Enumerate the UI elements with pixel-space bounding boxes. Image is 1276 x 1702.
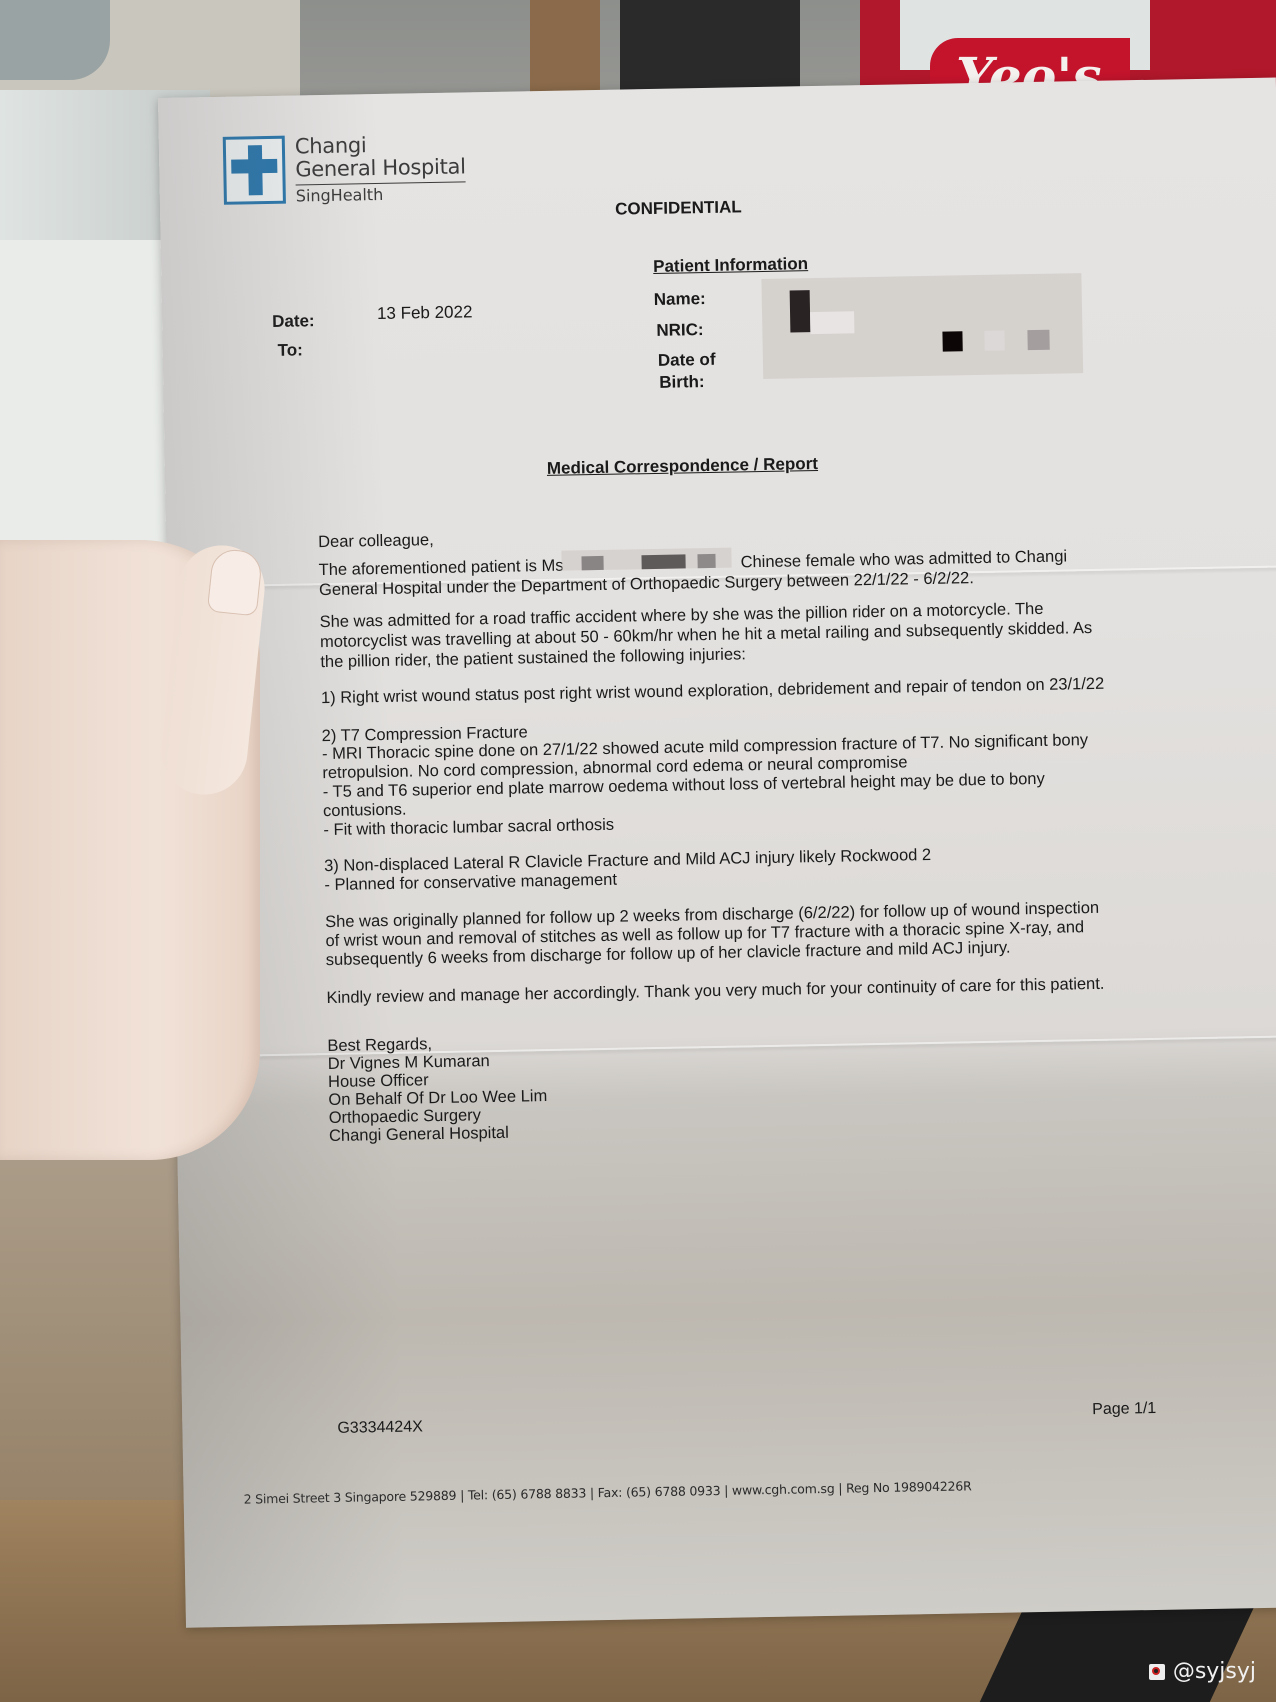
page-number: Page 1/1 [1092, 1400, 1156, 1419]
background-pipe [0, 0, 110, 80]
watermark: @syjsyj [1149, 1659, 1256, 1684]
thumbnail [207, 548, 263, 617]
intro-line1-end: Chinese female who was admitted to Chang… [740, 547, 1067, 572]
salutation: Dear colleague, [318, 531, 434, 552]
closing-remark: Kindly review and manage her accordingly… [326, 975, 1104, 1008]
date-label: Date: [272, 311, 315, 332]
hospital-address-footer: 2 Simei Street 3 Singapore 529889 | Tel:… [244, 1478, 972, 1506]
watermark-app-icon [1149, 1664, 1165, 1680]
injury-3-line: - Planned for conservative management [324, 871, 617, 895]
injury-1: 1) Right wrist wound status post right w… [321, 675, 1105, 708]
hospital-logo: Changi General Hospital SingHealth [223, 132, 467, 208]
nric-label: NRIC: [656, 320, 704, 341]
report-title: Medical Correspondence / Report [547, 454, 818, 479]
name-label: Name: [654, 289, 706, 310]
patient-info-title: Patient Information [653, 254, 808, 277]
logo-wordmark: Changi General Hospital SingHealth [295, 132, 467, 207]
reference-number: G3334424X [337, 1418, 423, 1438]
logo-line-general-hospital: General Hospital [295, 155, 466, 185]
cross-logo-icon [223, 136, 286, 205]
medical-report-paper: Changi General Hospital SingHealth CONFI… [158, 78, 1276, 1628]
injury-3-line: 3) Non-displaced Lateral R Clavicle Frac… [324, 846, 931, 876]
date-value: 13 Feb 2022 [377, 302, 473, 324]
signature-line: Changi General Hospital [329, 1124, 509, 1146]
watermark-handle: @syjsyj [1173, 1659, 1256, 1684]
injury-2-line: - Fit with thoracic lumbar sacral orthos… [323, 816, 614, 840]
redacted-patient-details [761, 273, 1083, 379]
logo-line-singhealth: SingHealth [296, 182, 467, 207]
injury-2-line: contusions. [323, 801, 407, 822]
confidential-label: CONFIDENTIAL [615, 197, 742, 219]
dob-label-line1: Date of [658, 350, 716, 371]
dob-label-line2: Birth: [659, 372, 705, 393]
redacted-patient-name [561, 548, 731, 571]
to-label: To: [277, 340, 303, 360]
